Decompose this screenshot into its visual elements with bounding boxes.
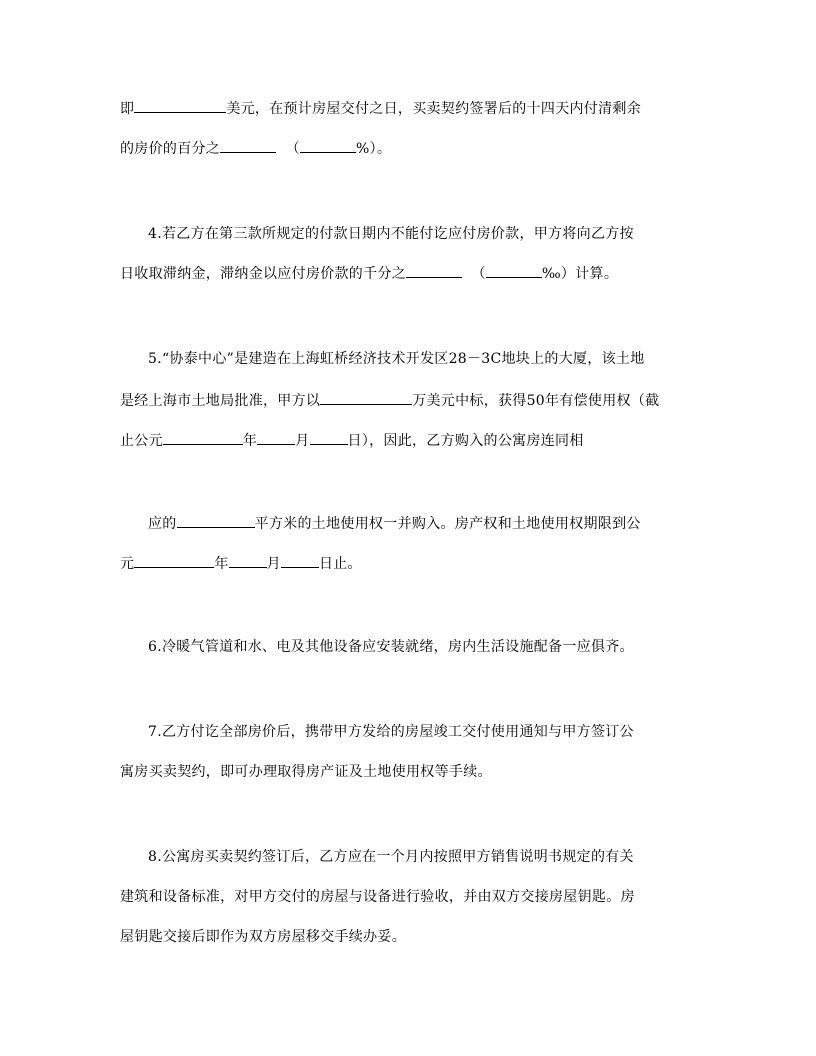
blank-land-area[interactable] xyxy=(177,513,255,528)
paragraph-line: 止公元年月日），因此，乙方购入的公寓房连同相 xyxy=(120,430,698,450)
paragraph-line: 屋钥匙交接后即作为双方房屋移交手续办妥。 xyxy=(120,928,698,946)
paragraph-line: 日收取滞纳金，滞纳金以应付房价款的千分之 （‰）计算。 xyxy=(120,263,698,283)
blank-expiry-day[interactable] xyxy=(281,553,319,568)
blank-amount-usd[interactable] xyxy=(134,98,226,113)
paragraph-line: 即美元，在预计房屋交付之日，买卖契约签署后的十四天内付清剩余 xyxy=(120,98,698,118)
paragraph-line: 应的平方米的土地使用权一并购入。房产权和土地使用权期限到公 xyxy=(120,513,726,533)
blank-day[interactable] xyxy=(310,430,348,445)
blank-bid-amount[interactable] xyxy=(320,390,412,405)
paragraph-line: 是经上海市土地局批准，甲方以万美元中标，获得50年有偿使用权（截 xyxy=(120,390,698,410)
blank-expiry-month[interactable] xyxy=(229,553,267,568)
paragraph-line: 8.公寓房买卖契约签订后，乙方应在一个月内按照甲方销售说明书规定的有关 xyxy=(120,848,726,866)
blank-percent-number[interactable] xyxy=(300,138,356,153)
paragraph-line: 寓房买卖契约，即可办理取得房产证及土地使用权等手续。 xyxy=(120,763,698,781)
paragraph-line: 5.“协泰中心”是建造在上海虹桥经济技术开发区28－3C地块上的大厦，该土地 xyxy=(120,350,726,368)
paragraph-line: 7.乙方付讫全部房价后，携带甲方发给的房屋竣工交付使用通知与甲方签订公 xyxy=(120,723,726,741)
blank-permille-number[interactable] xyxy=(486,263,542,278)
paragraph-line: 6.冷暖气管道和水、电及其他设备应安装就绪，房内生活设施配备一应俱齐。 xyxy=(120,638,726,656)
blank-permille-words[interactable] xyxy=(406,263,462,278)
paragraph-line: 的房价的百分之 （%）。 xyxy=(120,138,698,158)
paragraph-line: 元年月日止。 xyxy=(120,553,698,573)
paragraph-line: 4.若乙方在第三款所规定的付款日期内不能付讫应付房价款，甲方将向乙方按 xyxy=(120,225,726,243)
blank-month[interactable] xyxy=(257,430,295,445)
blank-expiry-year[interactable] xyxy=(134,553,214,568)
blank-year[interactable] xyxy=(163,430,243,445)
blank-percent-words[interactable] xyxy=(220,138,276,153)
paragraph-line: 建筑和设备标准，对甲方交付的房屋与设备进行验收，并由双方交接房屋钥匙。房 xyxy=(120,888,698,906)
